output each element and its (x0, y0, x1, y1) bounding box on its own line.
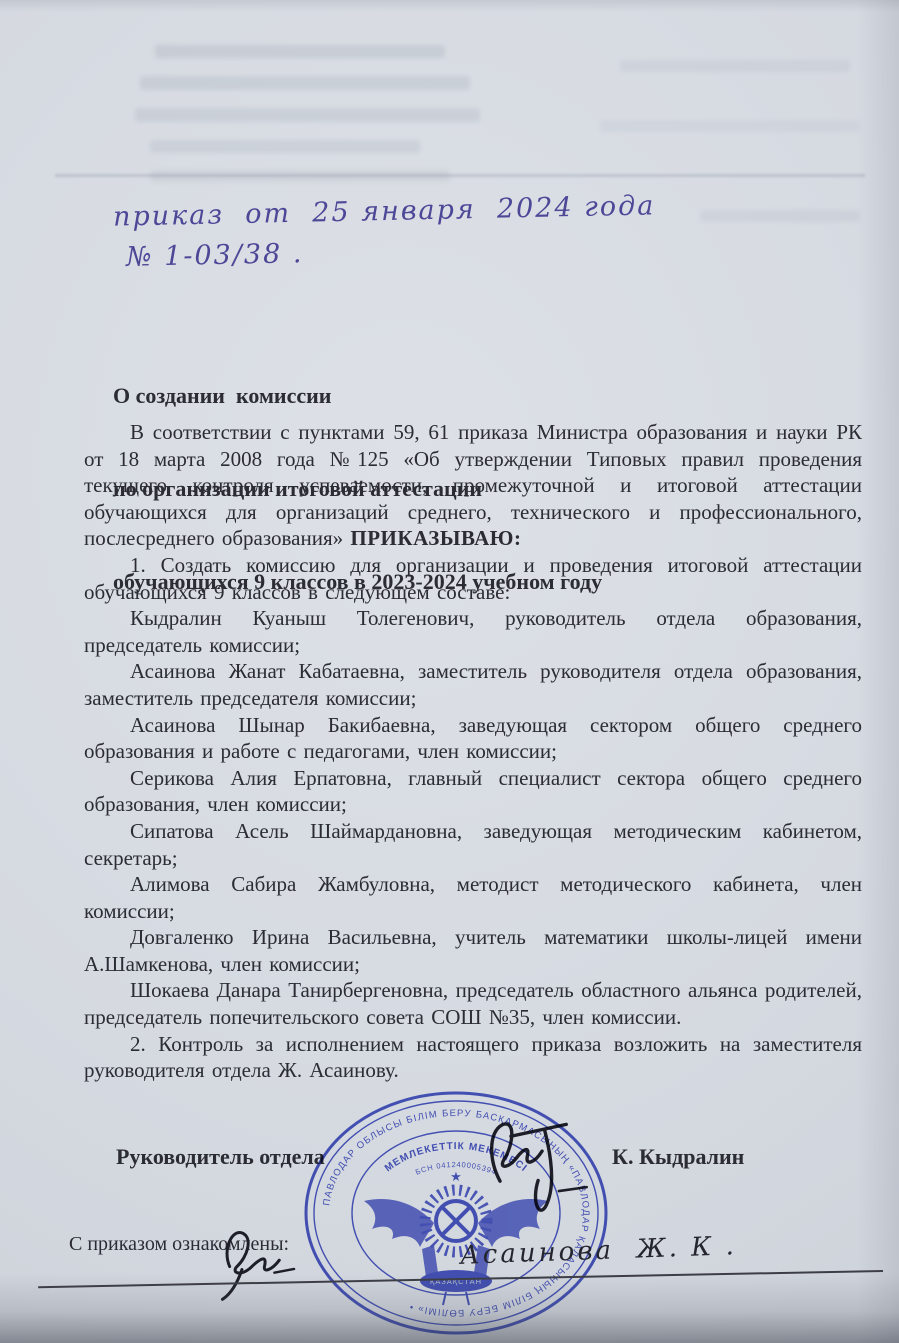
bleed-through-artifact (150, 140, 420, 153)
signatory-role: Руководитель отдела (116, 1144, 325, 1170)
member-paragraph: Алимова Сабира Жамбуловна, методист мето… (84, 871, 862, 924)
member-paragraph: Асаинова Шынар Бакибаевна, заведующая се… (84, 712, 862, 765)
member-paragraph: Шокаева Данара Танирбергеновна, председа… (84, 977, 862, 1030)
bleed-through-artifact (620, 60, 850, 72)
photo-shadow-top (0, 0, 899, 12)
prikazyvaju-keyword: ПРИКАЗЫВАЮ: (350, 526, 521, 550)
bleed-through-rule (55, 174, 865, 177)
member-paragraph: Серикова Алия Ерпатовна, главный специал… (84, 765, 862, 818)
bleed-through-artifact (140, 76, 470, 90)
emblem-shanyrak-cross (444, 1209, 468, 1233)
photo-shadow-bottom (0, 1273, 899, 1343)
bleed-through-artifact (600, 120, 860, 132)
member-paragraph: Асаинова Жанат Кабатаевна, заместитель р… (84, 658, 862, 711)
order-title-line: О создании комиссии (113, 380, 602, 411)
order-body: В соответствии с пунктами 59, 61 приказа… (84, 419, 862, 1084)
handwritten-number-note: № 1-03/38 . (126, 238, 304, 273)
bleed-through-artifact (700, 210, 860, 222)
emblem-star-icon: ★ (450, 1169, 462, 1184)
point-1-paragraph: 1. Создать комиссию для организации и пр… (84, 552, 862, 605)
point-2-paragraph: 2. Контроль за исполнением настоящего пр… (84, 1031, 862, 1084)
scanned-order-document: приказ от 25 января 2024 года № 1-03/38 … (0, 0, 899, 1343)
bleed-through-artifact (135, 108, 480, 122)
handwritten-date-note: приказ от 25 января 2024 года (113, 190, 656, 232)
signatory-name: К. Кыдралин (612, 1144, 744, 1170)
member-paragraph: Сипатова Асель Шаймардановна, заведующая… (84, 818, 862, 871)
intro-paragraph: В соответствии с пунктами 59, 61 приказа… (84, 419, 862, 552)
photo-shadow-right (857, 0, 899, 1343)
member-paragraph: Довгаленко Ирина Васильевна, учитель мат… (84, 924, 862, 977)
bleed-through-artifact (155, 45, 445, 58)
member-paragraph: Кыдралин Куаныш Толегенович, руководител… (84, 605, 862, 658)
